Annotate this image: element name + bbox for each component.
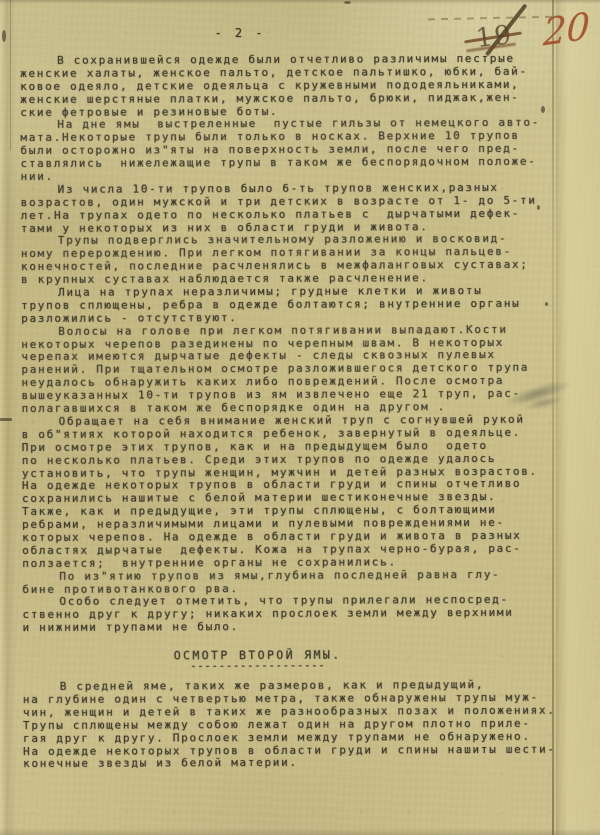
paragraph: В сохранившейся одежде были отчетливо ра… <box>20 53 576 120</box>
paper-speck <box>2 30 6 42</box>
typed-text-block: В сохранившейся одежде были отчетливо ра… <box>20 53 579 772</box>
text-line: в крупных суставах наблюдается также рас… <box>21 272 577 287</box>
text-line: конечные звезды из белой материи. <box>23 756 579 771</box>
text-line: бине противотанкового рва. <box>22 581 578 596</box>
paragraph: Обращает на себя внимание женский труп с… <box>22 414 579 571</box>
paragraph: На дне ямы выстреленные пустые гильзы от… <box>20 117 576 184</box>
paragraph: Особо следует отметить, что трупы прилег… <box>22 594 578 635</box>
text-line: нии. <box>21 169 577 184</box>
text-line: полагавшихся в таком же беспорядке один … <box>22 401 578 416</box>
text-line: женские шерстяные платки, мужское пальто… <box>20 91 576 106</box>
typed-paragraphs-after: В средней яме, таких же размеров, как и … <box>23 679 579 772</box>
text-line: трупов сплющены, ребра в одежде болтаютс… <box>21 297 577 312</box>
paper-speck <box>537 205 540 210</box>
handwritten-page-renumber: 20 <box>542 4 590 54</box>
paper-speck <box>344 1 351 4</box>
paragraph: В средней яме, таких же размеров, как и … <box>23 679 579 772</box>
text-line: и нижними трупами не было. <box>22 620 578 635</box>
paper-speck <box>0 418 12 421</box>
paragraph: По из"ятию трупов из ямы,глубина последн… <box>22 568 578 596</box>
document-page: - 2 - 19 20 В сохранившейся одежде были … <box>0 0 600 835</box>
paragraph: Волосы на голове при легком потягивании … <box>21 323 577 416</box>
page-number: - 2 - <box>20 26 460 40</box>
page-edge-bottom <box>0 828 600 835</box>
paragraph: Лица на трупах неразличимы; грудные клет… <box>21 285 577 326</box>
heading-underline: ------------------- <box>23 661 493 670</box>
paragraph: Трупы подверглись значительному разложен… <box>21 233 577 287</box>
paper-speck <box>545 302 548 306</box>
paper-speck <box>541 106 545 113</box>
typed-paragraphs: В сохранившейся одежде были отчетливо ра… <box>20 53 579 635</box>
paper-crease-left <box>10 0 11 150</box>
paragraph: Из числа 10-ти трупов было 6-ть трупов ж… <box>21 181 577 235</box>
page-edge-top <box>0 0 600 4</box>
section-block: ОСМОТР ВТОРОЙ ЯМЫ. ------------------- <box>23 648 493 670</box>
